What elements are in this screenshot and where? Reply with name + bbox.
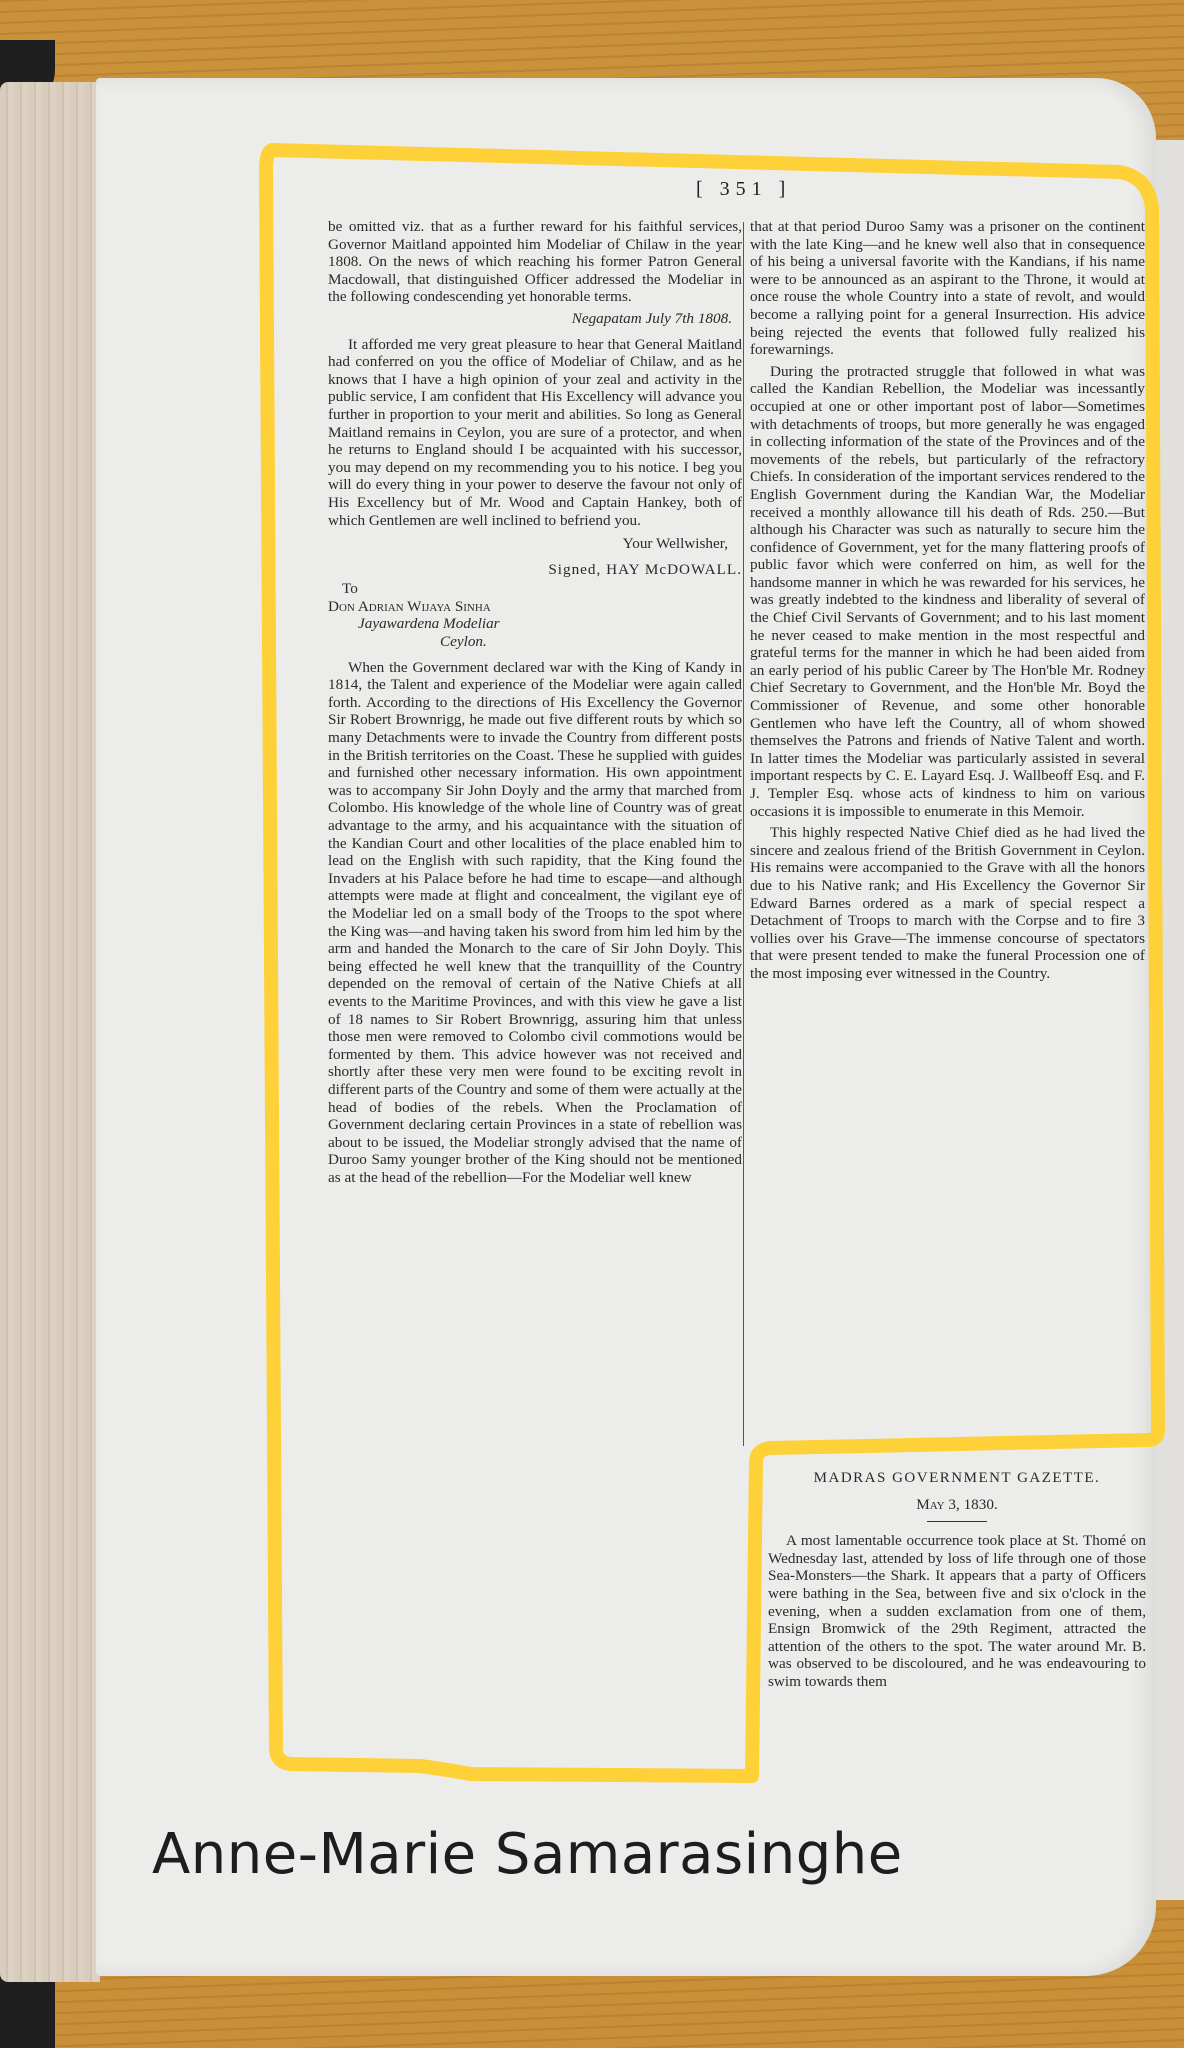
war-paragraph: When the Government declared war with th… <box>328 659 742 1187</box>
right-column: that at that period Duroo Samy was a pri… <box>750 218 1145 983</box>
page-number: [ 351 ] <box>696 178 791 201</box>
column-divider <box>743 222 744 1446</box>
letter-to-label: To <box>328 580 742 598</box>
left-column: be omitted viz. that as a further reward… <box>328 218 742 1186</box>
addressee-place: Ceylon. <box>328 633 742 651</box>
book-page-edges <box>0 82 100 1982</box>
letter-signature: Signed, HAY McDOWALL. <box>328 561 742 579</box>
struggle-paragraph: During the protracted struggle that foll… <box>750 363 1145 820</box>
gazette-title: MADRAS GOVERNMENT GAZETTE. <box>768 1470 1146 1488</box>
gazette-date: May 3, 1830. <box>768 1496 1146 1514</box>
continuation-paragraph: that at that period Duroo Samy was a pri… <box>750 218 1145 359</box>
gazette-body: A most lamentable occurrence took place … <box>768 1532 1146 1690</box>
addressee-title: Jayawardena Modeliar <box>328 615 742 633</box>
letter-closing: Your Wellwisher, <box>328 535 742 553</box>
death-paragraph: This highly respected Native Chief died … <box>750 824 1145 982</box>
addressee-name: Don Adrian Wijaya Sinha <box>328 598 742 616</box>
opening-paragraph: be omitted viz. that as a further reward… <box>328 218 742 306</box>
gazette-rule <box>927 1521 987 1522</box>
letter-body: It afforded me very great pleasure to he… <box>328 336 742 530</box>
adjacent-page-edge <box>1152 140 1184 1900</box>
author-watermark: Anne-Marie Samarasinghe <box>152 1822 903 1887</box>
letter-dateline: Negapatam July 7th 1808. <box>328 310 732 328</box>
gazette-article: MADRAS GOVERNMENT GAZETTE. May 3, 1830. … <box>768 1470 1146 1691</box>
